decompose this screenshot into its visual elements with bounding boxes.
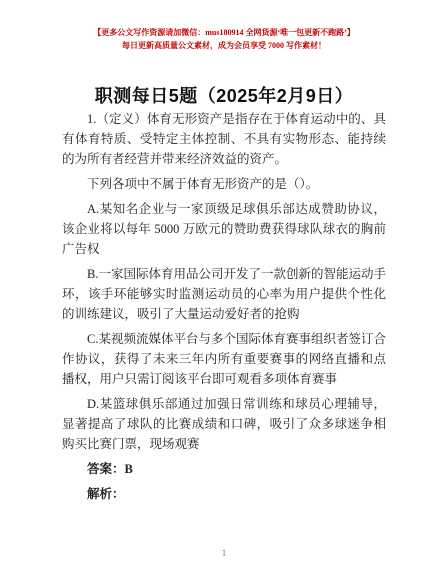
promo-header-line2: 每日更新高质量公文素材，成为会员享受 7000 写作素材！ [0, 39, 448, 52]
answer-value: B [125, 462, 133, 476]
promo-header-line1: 【更多公文写作资源请加微信：mus180914 全网货源‘唯一包更新不跑路’】 [0, 26, 448, 39]
analysis-line: 解析： [62, 484, 386, 504]
answer-label: 答案： [87, 462, 125, 476]
document-page: 【更多公文写作资源请加微信：mus180914 全网货源‘唯一包更新不跑路’】 … [0, 0, 448, 580]
option-b: B.一家国际体育用品公司开发了一款创新的智能运动手环，该手环能够实时监测运动员的… [62, 264, 386, 324]
answer-line: 答案：B [62, 459, 386, 479]
question-stem: 1.（定义）体育无形资产是指存在于体育运动中的、具有体育特质、受特定主体控制、不… [62, 109, 386, 169]
question-block: 1.（定义）体育无形资产是指存在于体育运动中的、具有体育特质、受特定主体控制、不… [62, 109, 386, 509]
option-a: A.某知名企业与一家顶级足球俱乐部达成赞助协议，该企业将以每年 5000 万欧元… [62, 199, 386, 259]
option-c: C.某视频流媒体平台与多个国际体育赛事组织者签订合作协议，获得了未来三年内所有重… [62, 329, 386, 389]
page-number: 1 [0, 548, 448, 558]
analysis-label: 解析： [87, 487, 125, 501]
promo-header: 【更多公文写作资源请加微信：mus180914 全网货源‘唯一包更新不跑路’】 … [0, 26, 448, 52]
question-prompt: 下列各项中不属于体育无形资产的是（）。 [62, 174, 386, 194]
option-d: D.某篮球俱乐部通过加强日常训练和球员心理辅导，显著提高了球队的比赛成绩和口碑，… [62, 394, 386, 454]
page-title: 职测每日5题（2025年2月9日） [0, 82, 448, 108]
